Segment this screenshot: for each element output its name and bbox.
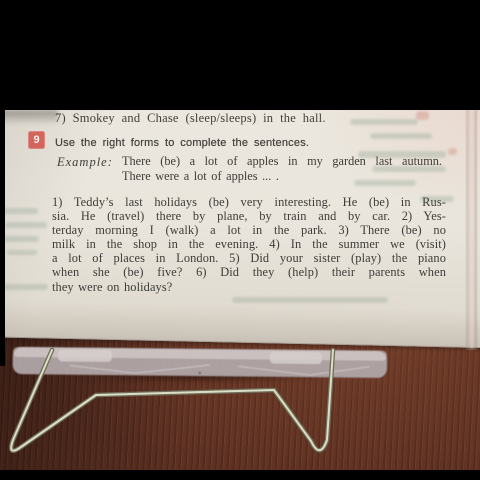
letterbox-bar-bottom (0, 470, 480, 480)
letterbox-bar-top (0, 0, 480, 110)
stand-wire-leg (0, 110, 480, 470)
photo-area: 7) Smokey and Chase (sleep/sleeps) in th… (0, 110, 480, 470)
photo-left-edge (0, 110, 5, 366)
photo-of-textbook-on-stand: 7) Smokey and Chase (sleep/sleeps) in th… (0, 0, 480, 480)
